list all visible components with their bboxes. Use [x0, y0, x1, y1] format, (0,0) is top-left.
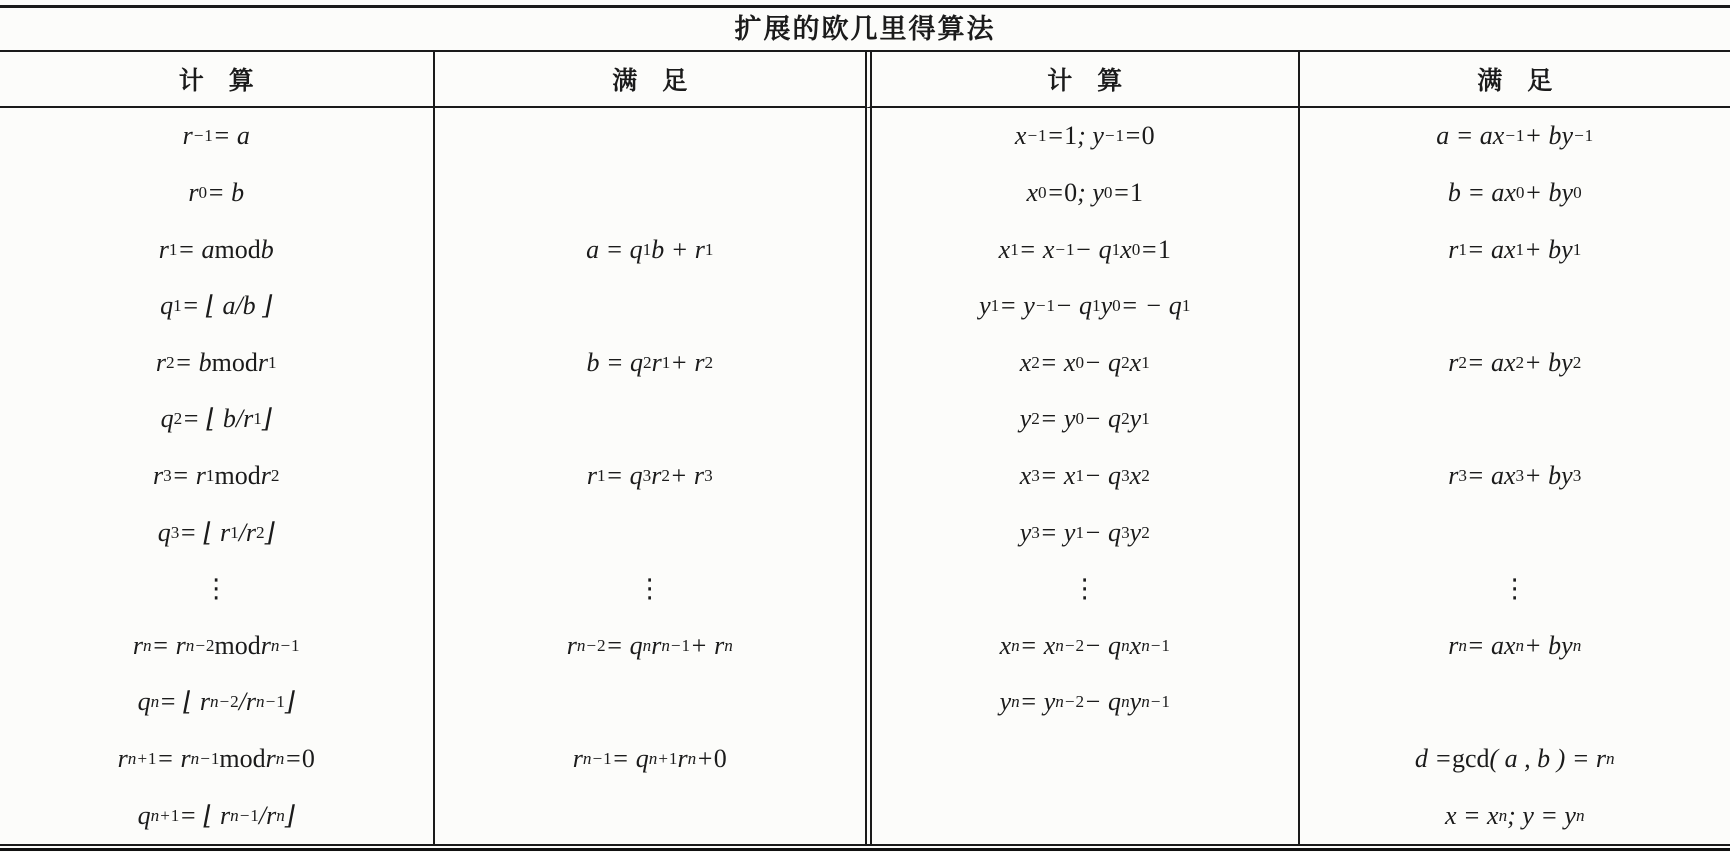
formula-cell: ⋮ — [0, 561, 433, 618]
formula-cell: rn = rn−2 mod rn−1 — [0, 618, 433, 675]
formula-cell: yn = yn−2 − qnyn−1 — [865, 674, 1298, 731]
formula-cell — [433, 787, 866, 844]
formula-cell: qn+1 = ⌊ rn−1/rn ⌋ — [0, 787, 433, 844]
formula-cell — [1298, 278, 1730, 335]
formula-cell: y2 = y0 − q2y1 — [865, 391, 1298, 448]
algorithm-table: 计 算 满 足 计 算 满 足 r−1 = ax−1 = 1 ; y−1 = 0… — [0, 52, 1730, 844]
formula-cell: r2 = b mod r1 — [0, 334, 433, 391]
formula-cell — [433, 504, 866, 561]
formula-cell: ⋮ — [1298, 561, 1730, 618]
header-satisfy-left: 满 足 — [433, 52, 866, 108]
formula-cell — [433, 674, 866, 731]
formula-cell: r−1 = a — [0, 108, 433, 165]
formula-cell: b = ax0 + by0 — [1298, 165, 1730, 222]
formula-cell — [1298, 504, 1730, 561]
formula-cell — [433, 278, 866, 335]
formula-cell: rn+1 = rn−1 mod rn = 0 — [0, 731, 433, 788]
formula-cell: ⋮ — [433, 561, 866, 618]
formula-cell: x0 = 0 ; y0 = 1 — [865, 165, 1298, 222]
formula-cell: r0 = b — [0, 165, 433, 222]
formula-cell: r1 = a mod b — [0, 221, 433, 278]
formula-cell: qn = ⌊ rn−2/rn−1 ⌋ — [0, 674, 433, 731]
table-title: 扩展的欧几里得算法 — [0, 8, 1730, 50]
formula-cell: x−1 = 1 ; y−1 = 0 — [865, 108, 1298, 165]
formula-cell — [433, 165, 866, 222]
formula-cell: x2 = x0 − q2x1 — [865, 334, 1298, 391]
formula-cell: xn = xn−2 − qnxn−1 — [865, 618, 1298, 675]
formula-cell: b = q2r1 + r2 — [433, 334, 866, 391]
header-satisfy-right: 满 足 — [1298, 52, 1730, 108]
formula-cell: q3 = ⌊ r1/r2 ⌋ — [0, 504, 433, 561]
header-compute-left: 计 算 — [0, 52, 433, 108]
document-table-page: 扩展的欧几里得算法 计 算 满 足 计 算 满 足 r−1 = ax−1 = 1… — [0, 0, 1730, 852]
formula-cell: rn−1 = qn+1rn + 0 — [433, 731, 866, 788]
formula-cell: a = q1b + r1 — [433, 221, 866, 278]
formula-cell: r1 = ax1 + by1 — [1298, 221, 1730, 278]
formula-cell — [433, 108, 866, 165]
formula-cell: q2 = ⌊ b/r1 ⌋ — [0, 391, 433, 448]
formula-cell: y3 = y1 − q3y2 — [865, 504, 1298, 561]
formula-cell: r1 = q3r2 + r3 — [433, 448, 866, 505]
bottom-rule — [0, 844, 1730, 851]
formula-cell: a = ax−1 + by−1 — [1298, 108, 1730, 165]
formula-cell — [865, 731, 1298, 788]
header-compute-right: 计 算 — [865, 52, 1298, 108]
formula-cell — [433, 391, 866, 448]
formula-cell: r2 = ax2 + by2 — [1298, 334, 1730, 391]
formula-cell: rn−2 = qnrn−1 + rn — [433, 618, 866, 675]
formula-cell: x = xn ; y = yn — [1298, 787, 1730, 844]
formula-cell: r3 = ax3 + by3 — [1298, 448, 1730, 505]
formula-cell — [1298, 674, 1730, 731]
formula-cell — [865, 787, 1298, 844]
formula-cell: x3 = x1 − q3x2 — [865, 448, 1298, 505]
formula-cell: q1 = ⌊ a/b ⌋ — [0, 278, 433, 335]
formula-cell: d = gcd( a , b ) = rn — [1298, 731, 1730, 788]
formula-cell: r3 = r1 mod r2 — [0, 448, 433, 505]
formula-cell — [1298, 391, 1730, 448]
formula-cell: rn = axn + byn — [1298, 618, 1730, 675]
formula-cell: ⋮ — [865, 561, 1298, 618]
formula-cell: y1 = y−1 − q1y0 = − q1 — [865, 278, 1298, 335]
formula-cell: x1 = x−1 − q1x0 = 1 — [865, 221, 1298, 278]
